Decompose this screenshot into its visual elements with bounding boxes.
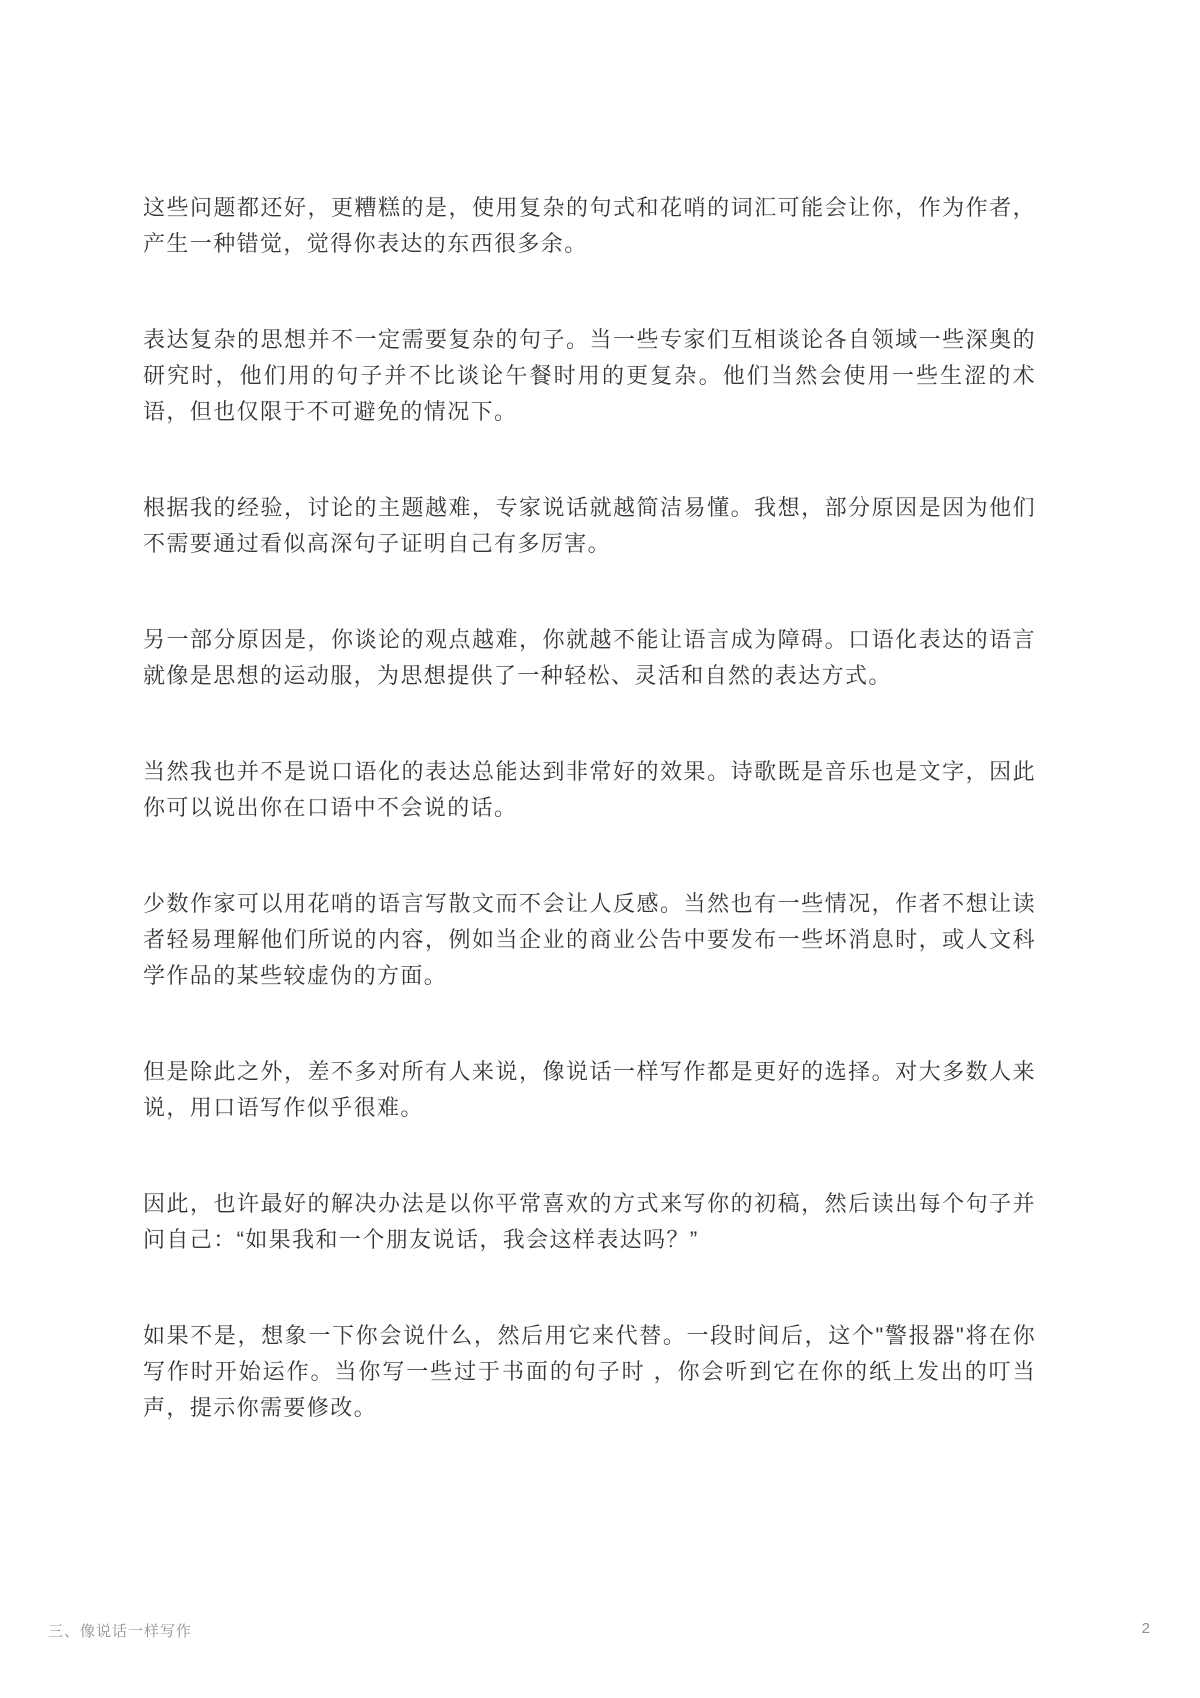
paragraph: 当然我也并不是说口语化的表达总能达到非常好的效果。诗歌既是音乐也是文字，因此你可… bbox=[143, 754, 1036, 826]
paragraph: 表达复杂的思想并不一定需要复杂的句子。当一些专家们互相谈论各自领域一些深奥的研究… bbox=[143, 322, 1036, 430]
footer-chapter-title: 三、像说话一样写作 bbox=[48, 1620, 192, 1641]
document-page: 这些问题都还好，更糟糕的是，使用复杂的句式和花哨的词汇可能会让你，作为作者，产生… bbox=[0, 0, 1200, 1698]
paragraph: 但是除此之外，差不多对所有人来说，像说话一样写作都是更好的选择。对大多数人来说，… bbox=[143, 1054, 1036, 1126]
paragraph: 如果不是，想象一下你会说什么，然后用它来代替。一段时间后，这个"警报器"将在你写… bbox=[143, 1318, 1036, 1426]
paragraph: 少数作家可以用花哨的语言写散文而不会让人反感。当然也有一些情况，作者不想让读者轻… bbox=[143, 886, 1036, 994]
paragraph: 根据我的经验，讨论的主题越难，专家说话就越简洁易懂。我想，部分原因是因为他们不需… bbox=[143, 490, 1036, 562]
paragraph: 因此，也许最好的解决办法是以你平常喜欢的方式来写你的初稿，然后读出每个句子并问自… bbox=[143, 1186, 1036, 1258]
document-body: 这些问题都还好，更糟糕的是，使用复杂的句式和花哨的词汇可能会让你，作为作者，产生… bbox=[143, 190, 1036, 1486]
paragraph: 这些问题都还好，更糟糕的是，使用复杂的句式和花哨的词汇可能会让你，作为作者，产生… bbox=[143, 190, 1036, 262]
paragraph: 另一部分原因是，你谈论的观点越难，你就越不能让语言成为障碍。口语化表达的语言就像… bbox=[143, 622, 1036, 694]
footer-page-number: 2 bbox=[1142, 1620, 1150, 1637]
